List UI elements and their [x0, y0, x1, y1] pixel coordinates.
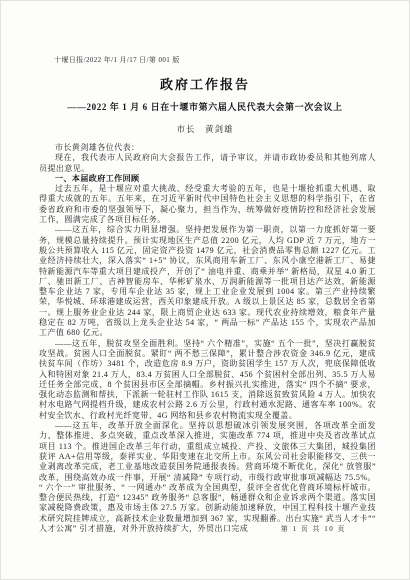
- document-page: 十堰日报/2022 年/1 月/17 日/第 001 版 政府工作报告 ——20…: [0, 0, 410, 580]
- section-heading: 一、本届政府工作回顾: [39, 174, 376, 184]
- author-byline: 市长 黄剑雄: [1, 123, 409, 135]
- paragraph: 现在，我代表市人民政府向大会报告工作，请予审议，并请市政协委员和其他列席人员提出…: [39, 153, 376, 174]
- page-number: 第 1 页 共 10 页: [281, 524, 346, 534]
- newspaper-masthead: 十堰日报/2022 年/1 月/17 日/第 001 版: [54, 55, 180, 65]
- paragraph: ——这五年，综合实力明显增强。坚持把发展作为第一职责，以第一力度抓好第一要务，规…: [39, 225, 376, 338]
- report-title: 政府工作报告: [1, 74, 409, 93]
- paragraph: 市长黄剑雄各位代表：: [39, 143, 376, 153]
- report-body: 市长黄剑雄各位代表：现在，我代表市人民政府向大会报告工作，请予审议，并请市政协委…: [39, 143, 376, 534]
- report-subtitle: ——2022 年 1 月 6 日在十堰市第六届人民代表大会第一次会议上: [1, 100, 409, 113]
- paragraph: 过去五年，是十堰应对重大挑战、经受重大考验的五年，也是十堰抢抓重大机遇、取得重大…: [39, 184, 376, 225]
- paragraph: ——这五年，改革开放全面深化。坚持以思想破冰引领发展突围，各项改革全面发力、整体…: [39, 421, 376, 534]
- paragraph: ——这五年，脱贫攻坚全面胜利。坚持“ 六个精准”，实施“ 五个一批”，坚决打赢脱…: [39, 339, 376, 421]
